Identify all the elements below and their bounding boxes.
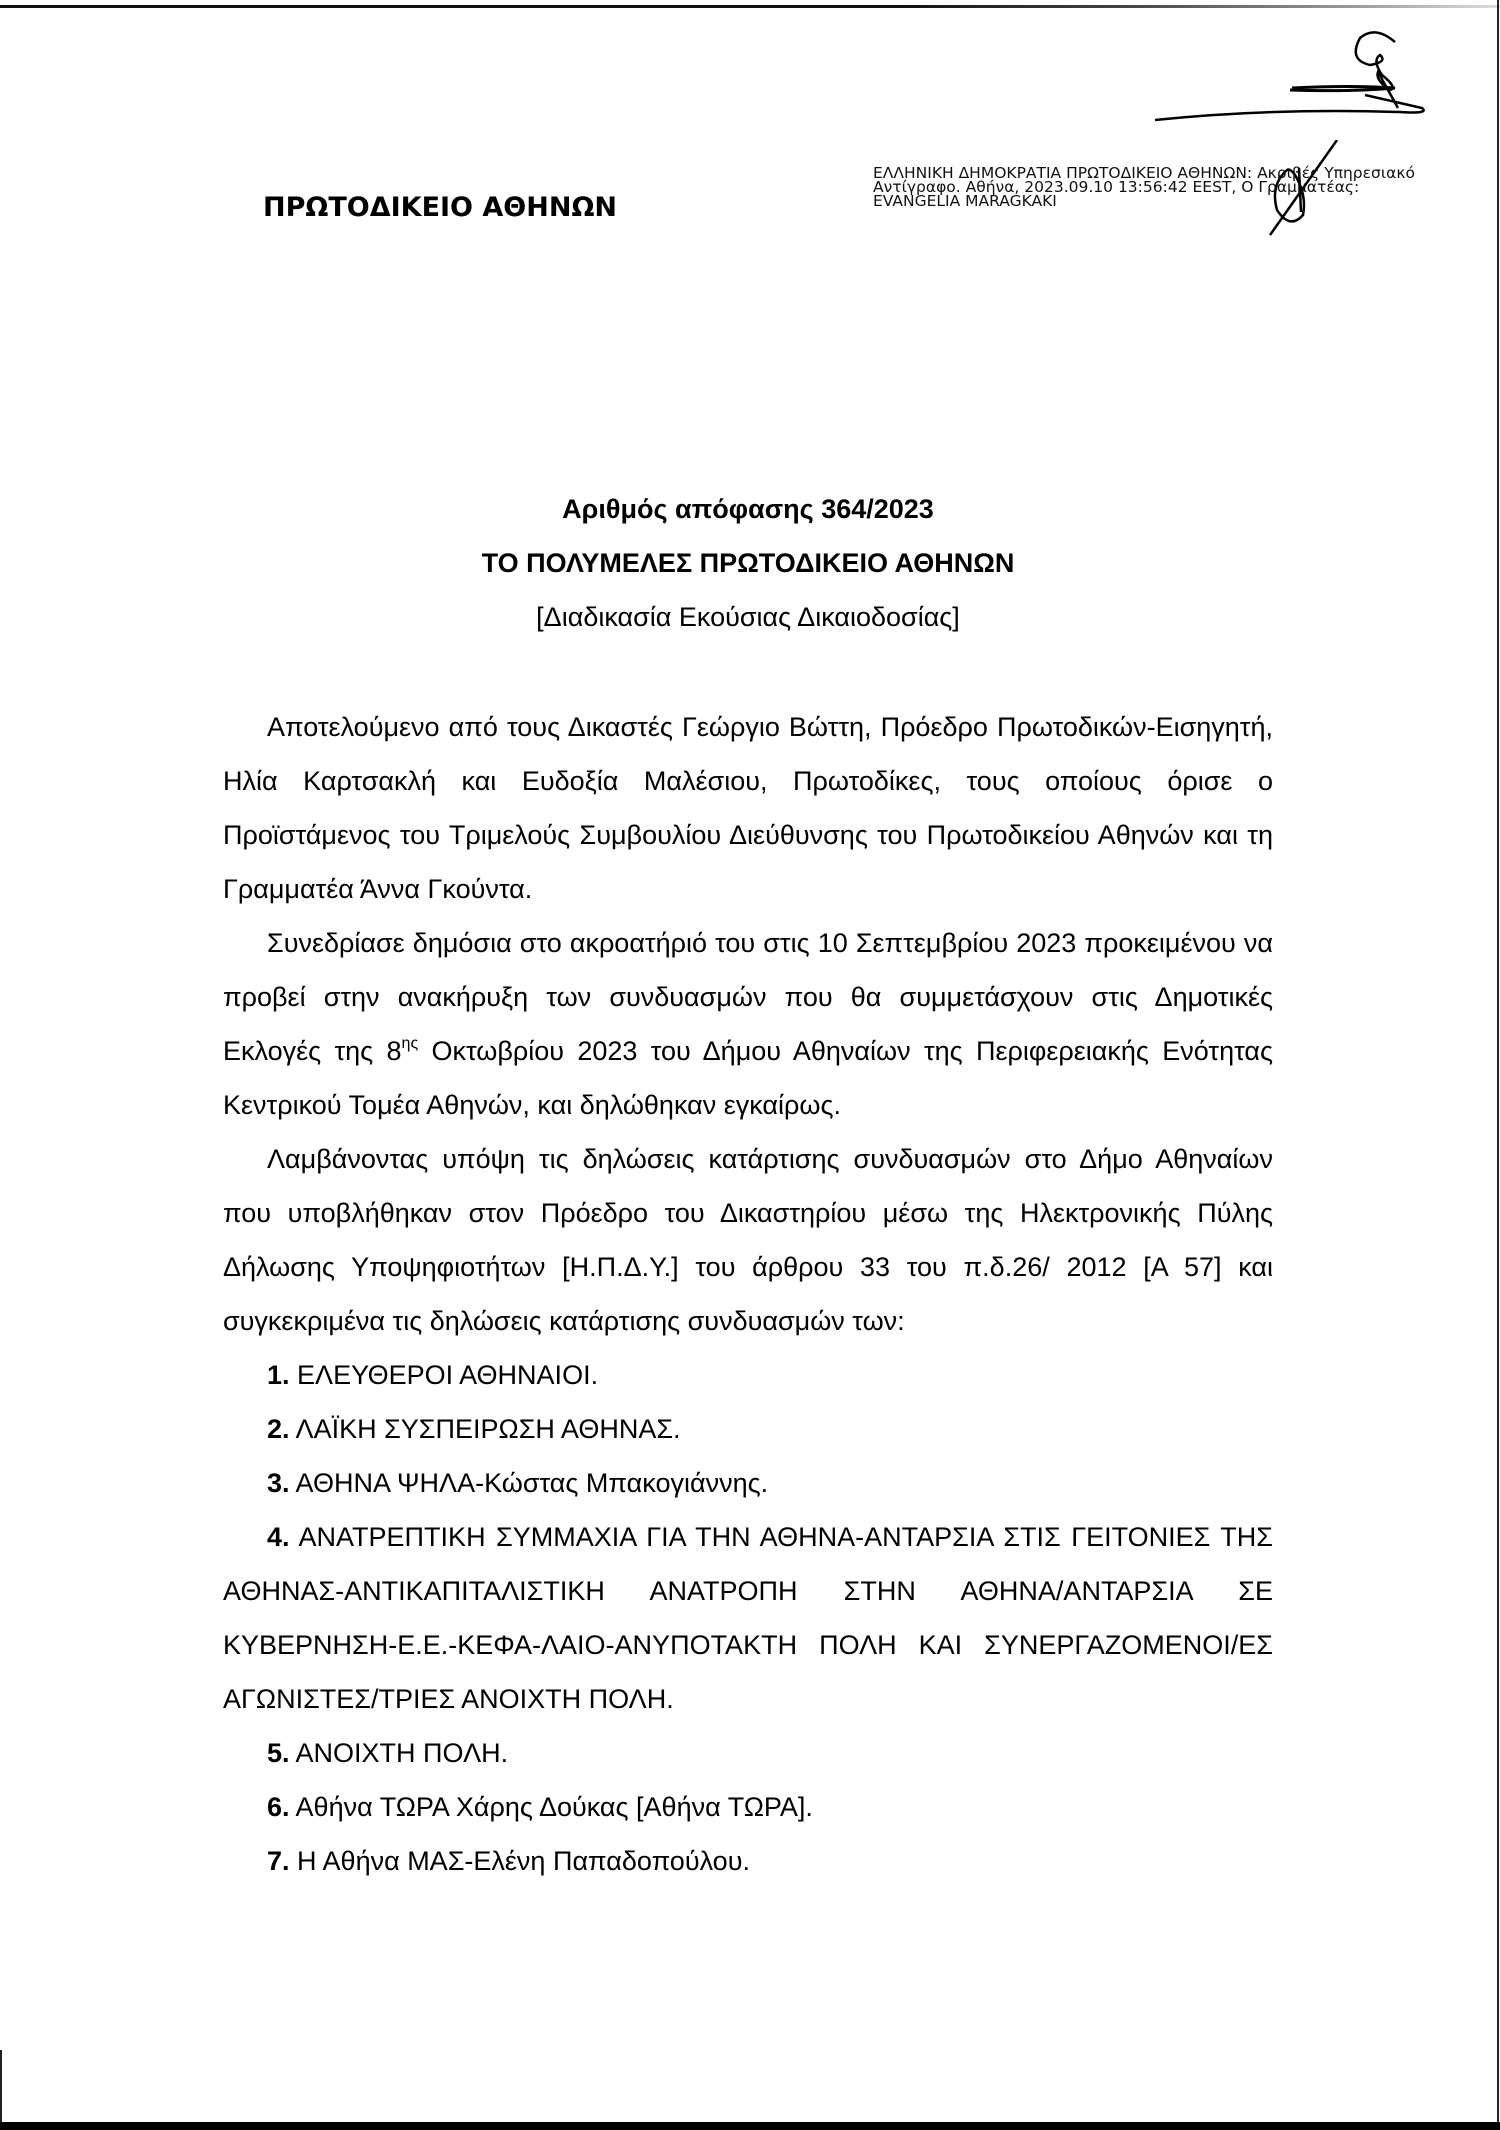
coalition-name: ΑΝΟΙΧΤΗ ΠΟΛΗ. [290, 1738, 509, 1768]
scan-edge-left [0, 2050, 2, 2122]
procedure-type: [Διαδικασία Εκούσιας Δικαιοδοσίας] [223, 590, 1273, 644]
coalition-number: 5. [267, 1738, 290, 1768]
coalition-name: ΛΑΪΚΗ ΣΥΣΠΕΙΡΩΣΗ ΑΘΗΝΑΣ. [290, 1414, 681, 1444]
court-full-name: ΤΟ ΠΟΛΥΜΕΛΕΣ ΠΡΩΤΟΔΙΚΕΙΟ ΑΘΗΝΩΝ [223, 536, 1273, 590]
paragraph-composition: Αποτελούμενο από τους Δικαστές Γεώργιο Β… [223, 700, 1273, 916]
coalition-item: 7. Η Αθήνα ΜΑΣ-Ελένη Παπαδοπούλου. [223, 1834, 1273, 1888]
coalition-number: 3. [267, 1468, 290, 1498]
coalition-name: Η Αθήνα ΜΑΣ-Ελένη Παπαδοπούλου. [290, 1846, 750, 1876]
paragraph-declarations: Λαμβάνοντας υπόψη τις δηλώσεις κατάρτιση… [223, 1132, 1273, 1348]
coalition-item: 4. ΑΝΑΤΡΕΠΤΙΚΗ ΣΥΜΜΑΧΙΑ ΓΙΑ ΤΗΝ ΑΘΗΝΑ-ΑΝ… [223, 1510, 1273, 1726]
certification-stamp: ΕΛΛΗΝΙΚΗ ΔΗΜΟΚΡΑΤΙΑ ΠΡΩΤΟΔΙΚΕΙΟ ΑΘΗΝΩΝ: … [873, 166, 1493, 208]
coalition-list: 1. ΕΛΕΥΘΕΡΟΙ ΑΘΗΝΑΙΟΙ. 2. ΛΑΪΚΗ ΣΥΣΠΕΙΡΩ… [223, 1348, 1273, 1888]
coalition-number: 7. [267, 1846, 290, 1876]
coalition-item: 2. ΛΑΪΚΗ ΣΥΣΠΕΙΡΩΣΗ ΑΘΗΝΑΣ. [223, 1402, 1273, 1456]
scan-edge-right [1497, 0, 1499, 2122]
coalition-item: 6. Αθήνα ΤΩΡΑ Χάρης Δούκας [Αθήνα ΤΩΡΑ]. [223, 1780, 1273, 1834]
document-page: ΠΡΩΤΟΔΙΚΕΙΟ ΑΘΗΝΩΝ ΕΛΛΗΝΙΚΗ ΔΗΜΟΚΡΑΤΙΑ Π… [0, 0, 1500, 2130]
coalition-name: Αθήνα ΤΩΡΑ Χάρης Δούκας [Αθήνα ΤΩΡΑ]. [290, 1792, 813, 1822]
handwritten-signature-icon [1150, 20, 1450, 140]
coalition-name: ΕΛΕΥΘΕΡΟΙ ΑΘΗΝΑΙΟΙ. [290, 1360, 599, 1390]
scan-edge-bottom [0, 2122, 1500, 2130]
document-title: Αριθμός απόφασης 364/2023 ΤΟ ΠΟΛΥΜΕΛΕΣ Π… [223, 482, 1273, 644]
coalition-name: ΑΘΗΝΑ ΨΗΛΑ-Κώστας Μπακογιάννης. [290, 1468, 769, 1498]
coalition-number: 1. [267, 1360, 290, 1390]
ordinal-suffix: ης [402, 1035, 419, 1052]
coalition-number: 2. [267, 1414, 290, 1444]
coalition-item: 1. ΕΛΕΥΘΕΡΟΙ ΑΘΗΝΑΙΟΙ. [223, 1348, 1273, 1402]
document-body: Αποτελούμενο από τους Δικαστές Γεώργιο Β… [223, 700, 1273, 1888]
scan-edge-top [0, 5, 1500, 8]
paragraph-session: Συνεδρίασε δημόσια στο ακροατήριό του στ… [223, 916, 1273, 1132]
stamp-line: EVANGELIA MARAGKAKI [873, 194, 1493, 208]
coalition-item: 3. ΑΘΗΝΑ ΨΗΛΑ-Κώστας Μπακογιάννης. [223, 1456, 1273, 1510]
court-header: ΠΡΩΤΟΔΙΚΕΙΟ ΑΘΗΝΩΝ [263, 192, 617, 223]
coalition-name: ΑΝΑΤΡΕΠΤΙΚΗ ΣΥΜΜΑΧΙΑ ΓΙΑ ΤΗΝ ΑΘΗΝΑ-ΑΝΤΑΡ… [223, 1522, 1273, 1714]
coalition-number: 4. [267, 1522, 290, 1552]
decision-number: Αριθμός απόφασης 364/2023 [223, 482, 1273, 536]
coalition-item: 5. ΑΝΟΙΧΤΗ ΠΟΛΗ. [223, 1726, 1273, 1780]
coalition-number: 6. [267, 1792, 290, 1822]
